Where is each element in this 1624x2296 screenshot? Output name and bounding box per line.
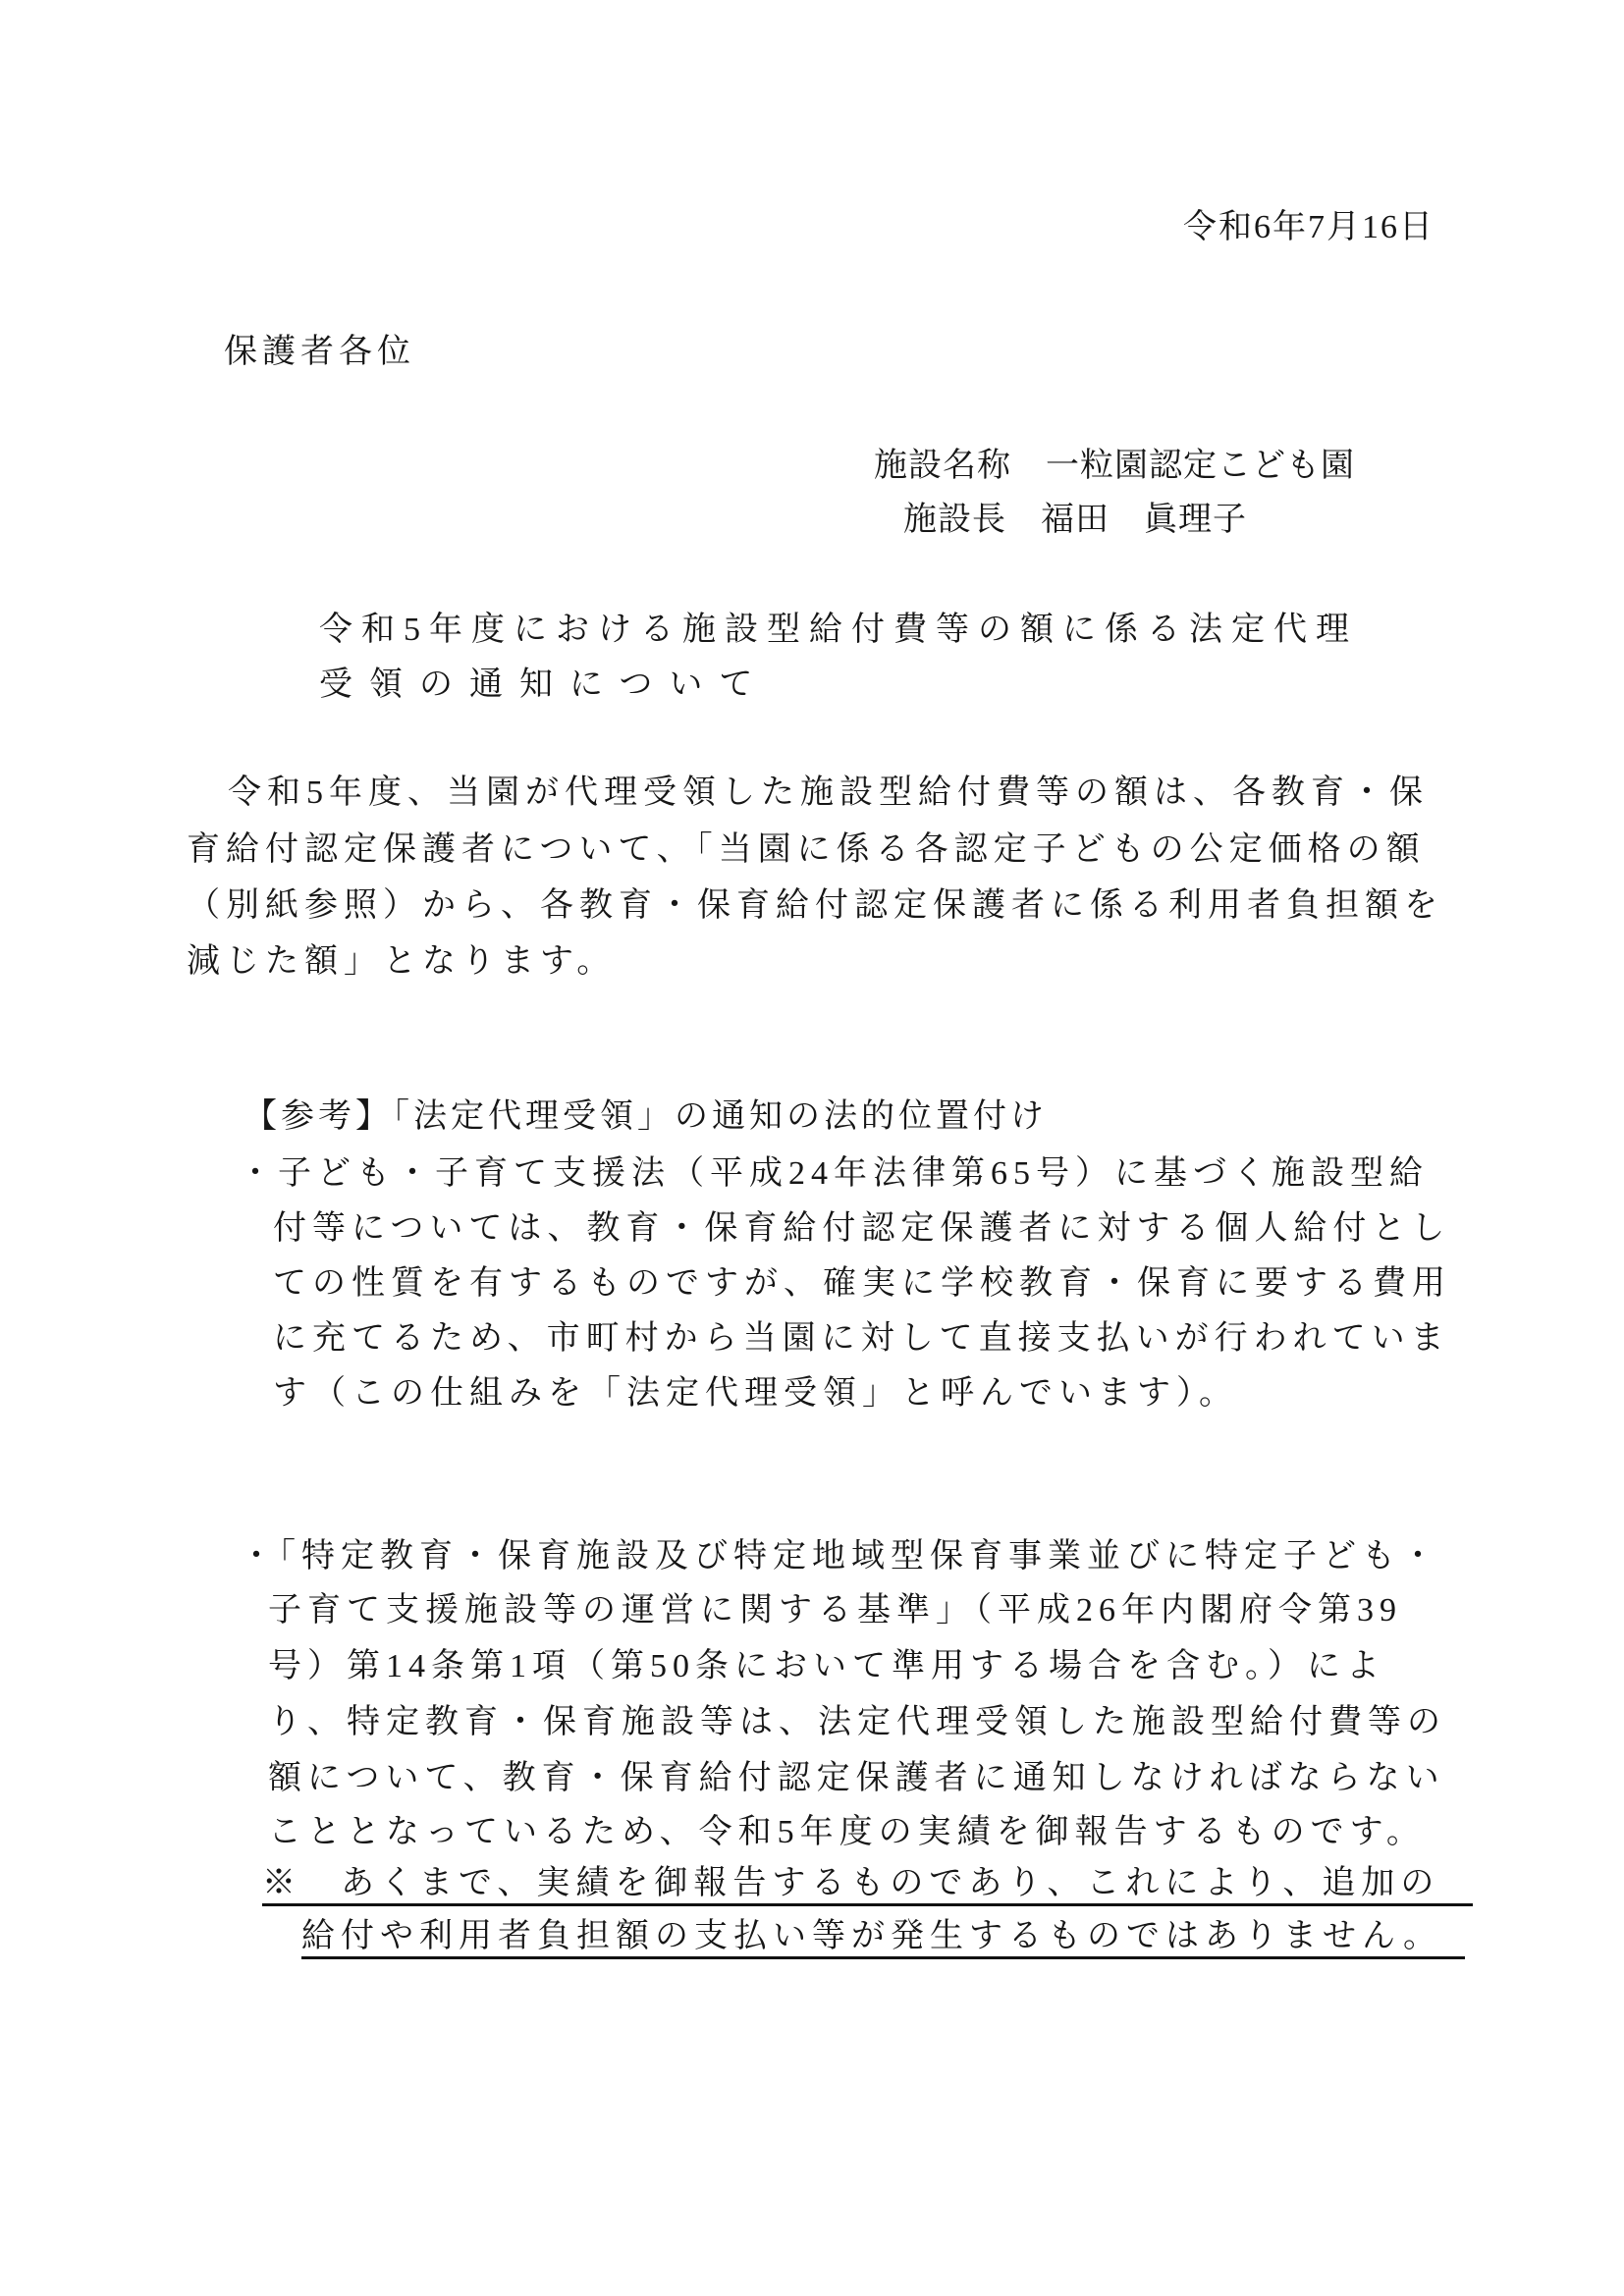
bullet-item-line: り、特定教育・保育施設等は、法定代理受領した施設型給付費等の xyxy=(268,1705,1446,1740)
title-line-2: 受領の通知について xyxy=(319,667,769,703)
document-page: 令和6年7月16日 保護者各位 施設名称 一粒園認定こども園 施設長 福田 眞理… xyxy=(0,0,1624,2296)
date-line: 令和6年7月16日 xyxy=(1183,210,1435,245)
body-paragraph-line: 減じた額」となります。 xyxy=(187,944,616,980)
bullet-item-line: 号）第14条第1項（第50条において準用する場合を含む。）によ xyxy=(268,1649,1385,1684)
note-underline-line: 給付や利用者負担額の支払い等が発生するものではありません。 xyxy=(301,1919,1465,1959)
body-paragraph-line: 令和5年度、当園が代理受領した施設型給付費等の額は、各教育・保 xyxy=(228,775,1429,811)
bullet-item-line: こととなっているため、令和5年度の実績を御報告するものです。 xyxy=(268,1815,1426,1850)
facility-name-line: 施設名称 一粒園認定こども園 xyxy=(874,449,1355,484)
director-name-line: 施設長 福田 眞理子 xyxy=(903,503,1247,538)
bullet-item-line: 子育て支援施設等の運営に関する基準」（平成26年内閣府令第39 xyxy=(268,1593,1402,1629)
bullet-item-line: 額について、教育・保育給付認定保護者に通知しなければならない xyxy=(268,1761,1445,1796)
bullet-item-line: ての性質を有するものですが、確実に学校教育・保育に要する費用 xyxy=(273,1266,1451,1302)
bullet-item-line: ・子ども・子育て支援法（平成24年法律第65号）に基づく施設型給 xyxy=(239,1156,1429,1192)
bullet-item-line: 付等については、教育・保育給付認定保護者に対する個人給付とし xyxy=(273,1211,1450,1247)
bullet-item-line: に充てるため、市町村から当園に対して直接支払いが行われていま xyxy=(273,1321,1450,1357)
body-paragraph-line: （別紙参照）から、各教育・保育給付認定保護者に係る利用者負担額を xyxy=(187,888,1443,924)
body-paragraph-line: 育給付認定保護者について、「当園に係る各認定子どもの公定価格の額 xyxy=(187,832,1426,868)
bullet-item-line: ・「特定教育・保育施設及び特定地域型保育事業並びに特定子ども・ xyxy=(240,1539,1440,1575)
bullet-item-line: す（この仕組みを「法定代理受領」と呼んでいます）。 xyxy=(273,1376,1238,1412)
title-line-1: 令和5年度における施設型給付費等の額に係る法定代理 xyxy=(319,613,1358,648)
note-underline-line: ※ あくまで、実績を御報告するものであり、これにより、追加の xyxy=(262,1866,1473,1906)
reference-heading: 【参考】「法定代理受領」の通知の法的位置付け xyxy=(244,1099,1048,1135)
recipient-line: 保護者各位 xyxy=(224,335,415,370)
